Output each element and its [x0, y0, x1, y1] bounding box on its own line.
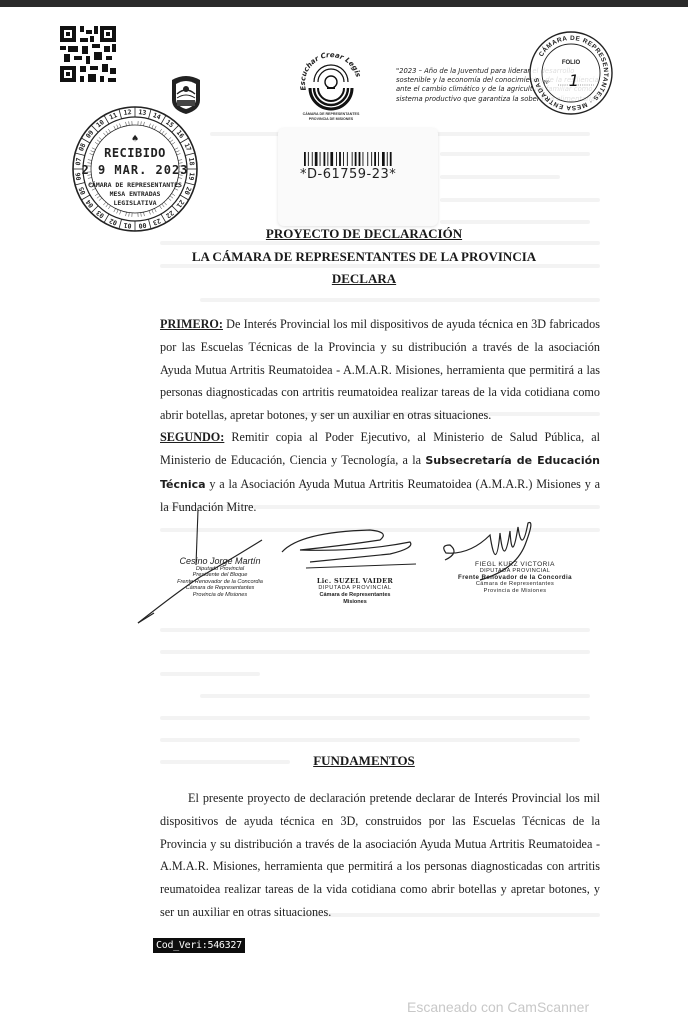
chamber-caption: CÁMARA DE REPRESENTANTES PROVINCIA DE MI… — [290, 112, 372, 121]
signer-name: FIEGL KURZ VICTORIA — [450, 561, 580, 568]
document-verb: DECLARA — [120, 271, 608, 287]
signer-name: Lic. SUZEL VAIDER — [300, 577, 410, 585]
document-subtitle: LA CÁMARA DE REPRESENTANTES DE LA PROVIN… — [120, 249, 608, 265]
fleur-icon: ♠ — [70, 132, 200, 145]
stamp-line-1: CÁMARA DE REPRESENTANTES — [70, 181, 200, 189]
signature-block-vaider: Lic. SUZEL VAIDER DIPUTADA PROVINCIAL Cá… — [300, 577, 410, 606]
fundamentos-title: FUNDAMENTOS — [120, 753, 608, 769]
qr-code — [60, 22, 116, 86]
camscanner-watermark: Escaneado con CamScanner — [407, 999, 589, 1015]
folio-number: 1 — [554, 71, 594, 90]
chamber-logo-icon: Escuchar Crear Legislar — [296, 52, 366, 112]
document-title: PROYECTO DE DECLARACIÓN — [120, 226, 608, 242]
barcode-id: *D-61759-23* — [300, 167, 396, 182]
signer-name: Cesino Jorge Martín — [150, 556, 290, 566]
fundamentos-text: El presente proyecto de declaración pret… — [160, 787, 600, 924]
article-primero-label: PRIMERO: — [160, 317, 223, 331]
verification-code: Cod_Veri:546327 — [153, 938, 245, 953]
folio-label: FOLIO — [528, 60, 614, 66]
article-primero: PRIMERO: De Interés Provincial los mil d… — [160, 313, 600, 427]
signature-block-cesino: Cesino Jorge Martín Diputado Provincial … — [150, 556, 290, 598]
stamp-date: 2 9 MAR. 2023 — [70, 163, 200, 177]
folio-prefix: Nº — [544, 80, 549, 86]
stamp-line-2: MESA ENTRADAS — [70, 190, 200, 198]
article-primero-text: De Interés Provincial los mil dispositiv… — [160, 317, 600, 422]
scanner-top-border — [0, 0, 688, 7]
stamp-line-3: LEGISLATIVA — [70, 199, 200, 207]
article-segundo-label: SEGUNDO: — [160, 430, 224, 444]
signature-2-stroke — [270, 520, 420, 570]
stamp-title: RECIBIDO — [70, 146, 200, 160]
signature-block-fiegl: FIEGL KURZ VICTORIA DIPUTADA PROVINCIAL … — [450, 561, 580, 594]
barcode-icon — [304, 152, 404, 166]
